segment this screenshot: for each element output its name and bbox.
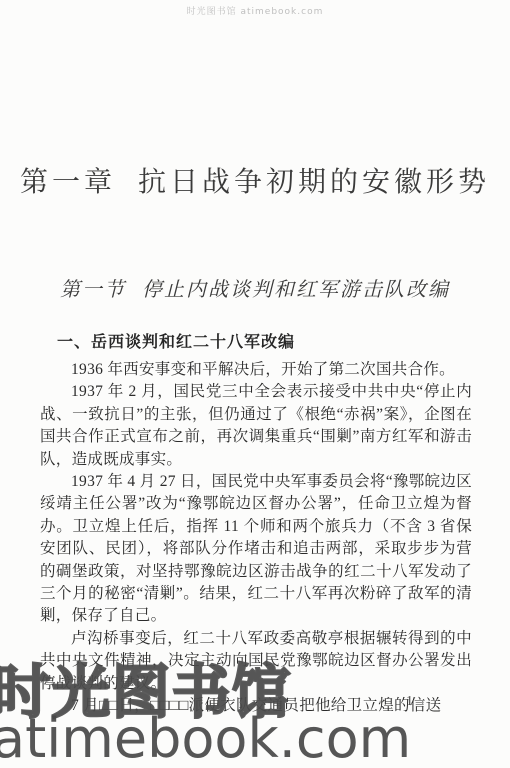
paragraph: 1937 年 2 月，国民党三中全会表示接受中共中央“停止内战、一致抗日”的主张… [40,381,472,471]
body-text-block: 1936 年西安事变和平解决后，开始了第二次国共合作。 1937 年 2 月，国… [40,359,472,718]
paragraph: 1937 年 4 月 27 日，国民党中央军事委员会将“豫鄂皖边区绥靖主任公署”… [40,471,472,628]
page-number: 1 [406,694,413,710]
paragraph: 1936 年西安事变和平解决后，开始了第二次国共合作。 [40,359,472,381]
chapter-number: 第一章 [20,167,116,198]
chapter-heading: 第一章抗日战争初期的安徽形势 [0,160,510,200]
chapter-title-text: 抗日战争初期的安徽形势 [138,167,490,198]
section-heading: 第一节停止内战谈判和红军游击队改编 [0,273,510,302]
subsection-heading: 一、岳西谈判和红二十八军改编 [57,329,295,352]
book-page: 时光图书馆 atimebook.com 第一章抗日战争初期的安徽形势 第一节停止… [0,0,510,768]
section-number: 第一节 [60,279,126,301]
watermark-top: 时光图书馆 atimebook.com [0,4,510,17]
paragraph: 卢沟桥事变后，红二十八军政委高敬亭根据辗转得到的中共中央文件精神，决定主动向国民… [40,628,472,695]
section-title-text: 停止内战谈判和红军游击队改编 [142,279,450,301]
